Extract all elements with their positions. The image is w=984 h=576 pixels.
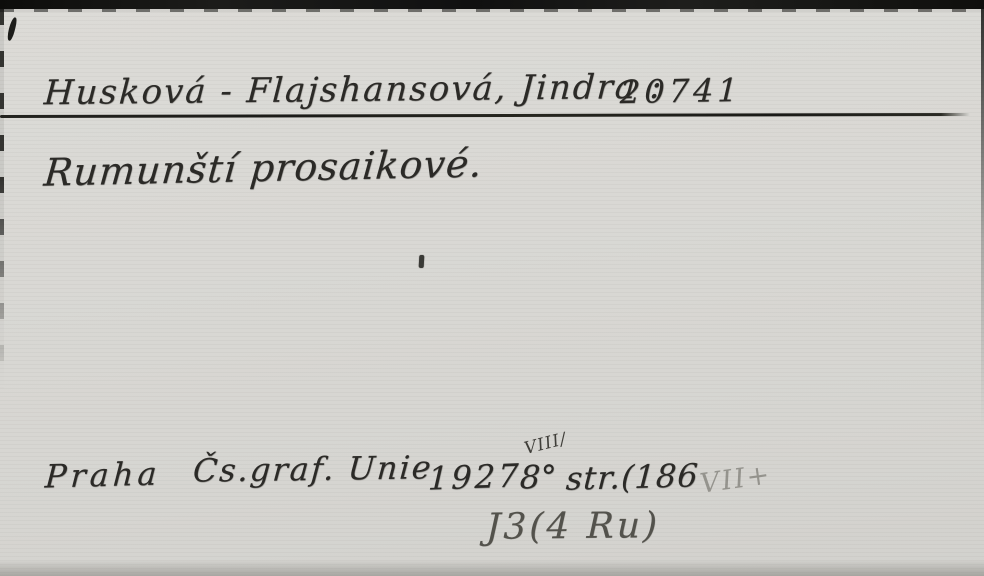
pencil-annotation-side: VII+ <box>698 459 773 500</box>
pencil-annotation-above: VIII/ <box>522 429 569 459</box>
header-rule <box>0 113 970 118</box>
author-heading: Husková - Flajshansová, Jindra : <box>43 67 665 114</box>
imprint-collation: str.(186 <box>565 456 700 498</box>
imprint-year: 1927 <box>427 456 522 497</box>
imprint-format: 8° <box>519 458 557 497</box>
accession-number: 20741 <box>619 71 742 111</box>
ink-fleck <box>6 16 17 41</box>
scan-top-edge-bar <box>0 0 984 9</box>
title-line: Rumunští prosaikové. <box>42 141 484 194</box>
ink-speck <box>419 255 425 268</box>
scan-left-edge-marks <box>0 9 4 389</box>
imprint-place: Praha <box>44 454 162 495</box>
scan-bottom-shadow <box>0 560 984 576</box>
call-number: J3(4 Ru) <box>485 505 660 548</box>
imprint-publisher: Čs.graf. Unie <box>192 448 435 489</box>
catalog-card-scan: Husková - Flajshansová, Jindra : 20741 R… <box>0 0 984 576</box>
